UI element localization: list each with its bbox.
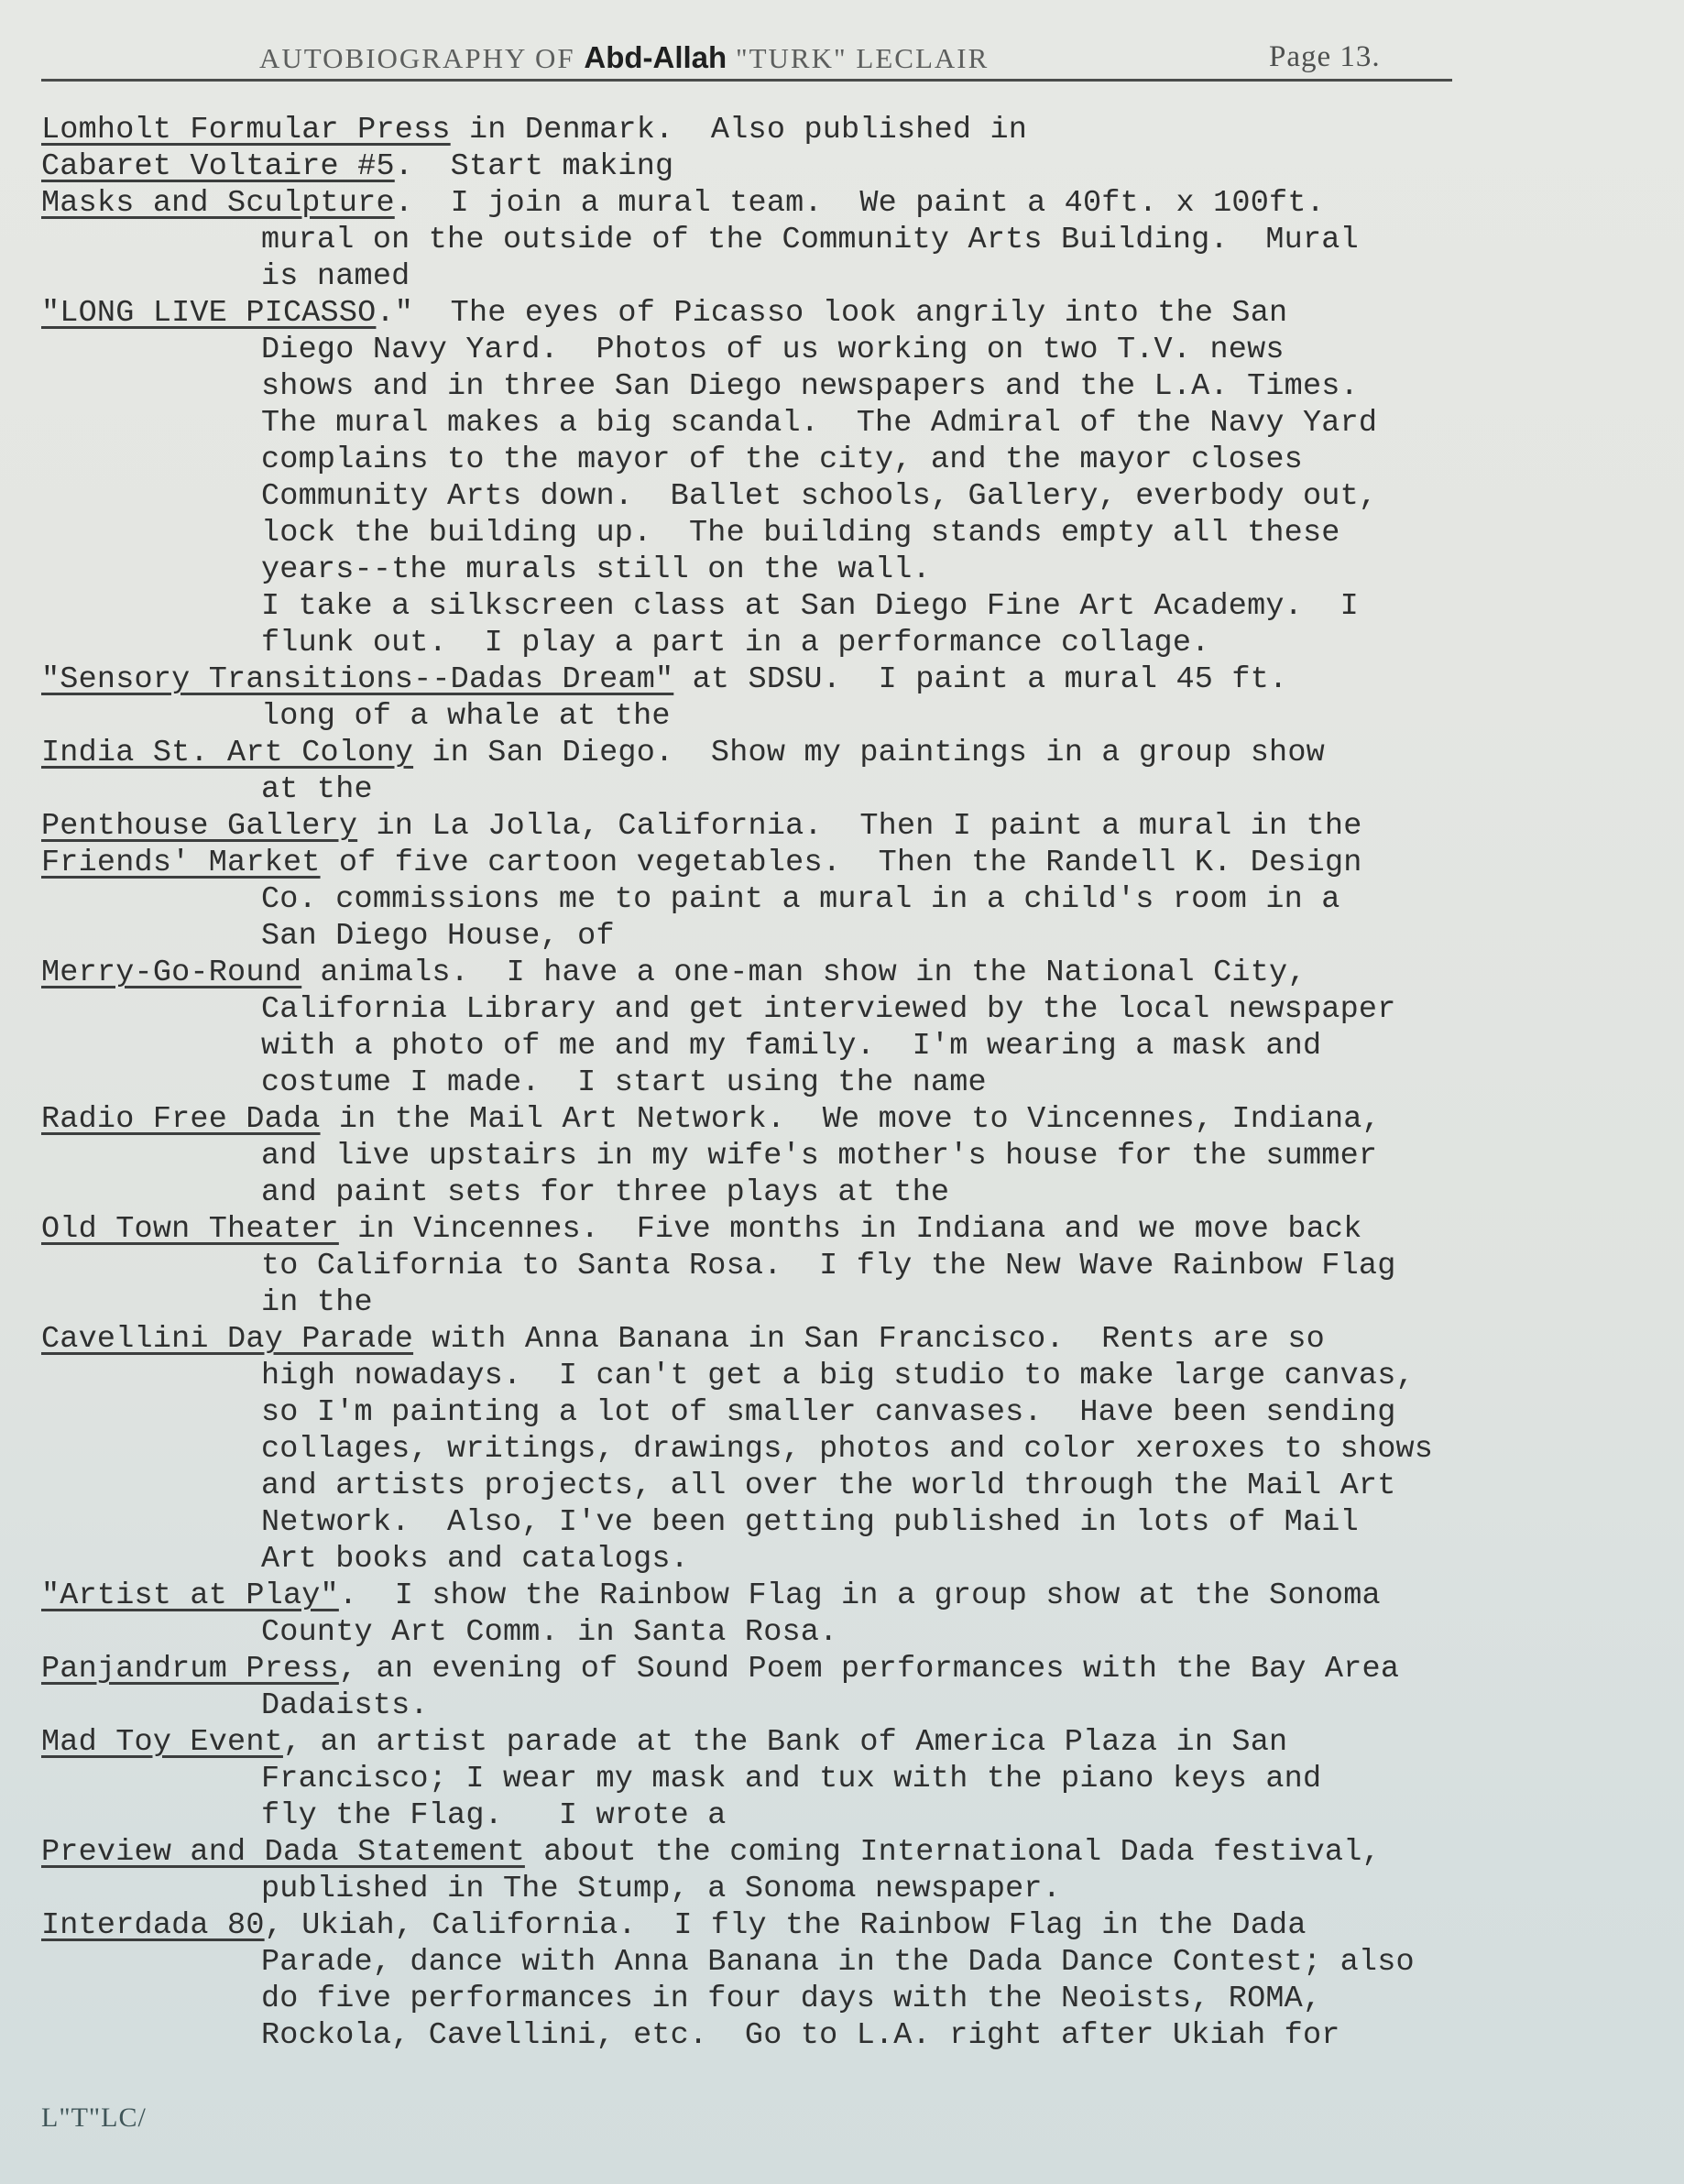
entry: "Sensory Transitions--Dadas Dream" at SD… bbox=[41, 661, 1672, 735]
underlined-title: "LONG LIVE PICASSO bbox=[41, 296, 376, 331]
underlined-title: Masks and Sculpture bbox=[41, 186, 395, 221]
underlined-title: Mad Toy Event bbox=[41, 1725, 283, 1760]
entry-lead-line: Merry-Go-Round animals. I have a one-man… bbox=[41, 955, 1672, 991]
entry-continuation-line: to California to Santa Rosa. I fly the N… bbox=[41, 1248, 1672, 1284]
entry: Radio Free Dada in the Mail Art Network.… bbox=[41, 1101, 1672, 1211]
entry: Friends' Market of five cartoon vegetabl… bbox=[41, 845, 1672, 955]
entry-lead-line: "Sensory Transitions--Dadas Dream" at SD… bbox=[41, 661, 1672, 698]
title-prefix: AUTOBIOGRAPHY OF bbox=[259, 42, 584, 74]
entry-continuation-line: mural on the outside of the Community Ar… bbox=[41, 222, 1672, 258]
line-text: , an evening of Sound Poem performances … bbox=[339, 1652, 1399, 1687]
underlined-title: Radio Free Dada bbox=[41, 1102, 321, 1137]
entry-lead-line: Penthouse Gallery in La Jolla, Californi… bbox=[41, 808, 1672, 845]
line-text: in Vincennes. Five months in Indiana and… bbox=[339, 1212, 1362, 1247]
underlined-title: Friends' Market bbox=[41, 846, 321, 880]
entry-lead-line: Cabaret Voltaire #5. Start making bbox=[41, 148, 1672, 185]
entry: India St. Art Colony in San Diego. Show … bbox=[41, 735, 1672, 808]
entry: Penthouse Gallery in La Jolla, Californi… bbox=[41, 808, 1672, 845]
entry: Old Town Theater in Vincennes. Five mont… bbox=[41, 1211, 1672, 1321]
entry: Masks and Sculpture. I join a mural team… bbox=[41, 185, 1672, 295]
entry-continuation-line: Diego Navy Yard. Photos of us working on… bbox=[41, 332, 1672, 368]
entry: Lomholt Formular Press in Denmark. Also … bbox=[41, 112, 1672, 148]
entry-continuation-line: years--the murals still on the wall. bbox=[41, 551, 1672, 588]
entry-lead-line: "LONG LIVE PICASSO." The eyes of Picasso… bbox=[41, 295, 1672, 332]
line-text: in the Mail Art Network. We move to Vinc… bbox=[321, 1102, 1381, 1137]
underlined-title: Preview and Dada Statement bbox=[41, 1835, 525, 1870]
entry-continuation-line: Art books and catalogs. bbox=[41, 1541, 1672, 1578]
line-text: Community Arts down. Ballet schools, Gal… bbox=[261, 479, 1377, 514]
underlined-title: Cabaret Voltaire #5 bbox=[41, 149, 395, 184]
line-text: collages, writings, drawings, photos and… bbox=[261, 1432, 1433, 1467]
line-text: flunk out. I play a part in a performanc… bbox=[261, 626, 1209, 661]
line-text: I take a silkscreen class at San Diego F… bbox=[261, 589, 1359, 624]
entry-lead-line: Radio Free Dada in the Mail Art Network.… bbox=[41, 1101, 1672, 1138]
entry-continuation-line: is named bbox=[41, 258, 1672, 295]
line-text: Diego Navy Yard. Photos of us working on… bbox=[261, 333, 1285, 367]
entry-continuation-line: County Art Comm. in Santa Rosa. bbox=[41, 1614, 1672, 1651]
line-text: Parade, dance with Anna Banana in the Da… bbox=[261, 1945, 1415, 1980]
entry-lead-line: Lomholt Formular Press in Denmark. Also … bbox=[41, 112, 1672, 148]
line-text: The mural makes a big scandal. The Admir… bbox=[261, 406, 1377, 441]
entry: "Artist at Play". I show the Rainbow Fla… bbox=[41, 1578, 1672, 1651]
line-text: do five performances in four days with t… bbox=[261, 1982, 1321, 2016]
line-text: at SDSU. I paint a mural 45 ft. bbox=[673, 662, 1287, 697]
underlined-title: Merry-Go-Round bbox=[41, 955, 301, 990]
entry-lead-line: Panjandrum Press, an evening of Sound Po… bbox=[41, 1651, 1672, 1687]
line-text: , Ukiah, California. I fly the Rainbow F… bbox=[265, 1908, 1307, 1943]
line-text: Rockola, Cavellini, etc. Go to L.A. righ… bbox=[261, 2018, 1340, 2053]
entry-continuation-line: San Diego House, of bbox=[41, 918, 1672, 955]
entry-lead-line: Masks and Sculpture. I join a mural team… bbox=[41, 185, 1672, 222]
line-text: shows and in three San Diego newspapers … bbox=[261, 369, 1359, 404]
entry-continuation-line: costume I made. I start using the name bbox=[41, 1065, 1672, 1101]
entry: Cabaret Voltaire #5. Start making bbox=[41, 148, 1672, 185]
line-text: Co. commissions me to paint a mural in a… bbox=[261, 882, 1340, 917]
line-text: in San Diego. Show my paintings in a gro… bbox=[413, 736, 1325, 770]
entry: Mad Toy Event, an artist parade at the B… bbox=[41, 1724, 1672, 1834]
line-text: of five cartoon vegetables. Then the Ran… bbox=[321, 846, 1362, 880]
line-text: . I join a mural team. We paint a 40ft. … bbox=[395, 186, 1325, 221]
line-text: . I show the Rainbow Flag in a group sho… bbox=[339, 1578, 1381, 1613]
line-text: mural on the outside of the Community Ar… bbox=[261, 223, 1359, 257]
entry-continuation-line: Parade, dance with Anna Banana in the Da… bbox=[41, 1944, 1672, 1981]
line-text: Network. Also, I've been getting publish… bbox=[261, 1505, 1359, 1540]
underlined-title: Lomholt Formular Press bbox=[41, 113, 451, 147]
line-text: San Diego House, of bbox=[261, 919, 615, 954]
entry-continuation-line: Co. commissions me to paint a mural in a… bbox=[41, 881, 1672, 918]
entry-continuation-line: Dadaists. bbox=[41, 1687, 1672, 1724]
line-text: published in The Stump, a Sonoma newspap… bbox=[261, 1872, 1061, 1906]
line-text: high nowadays. I can't get a big studio … bbox=[261, 1359, 1415, 1393]
handwritten-name: Abd-Allah bbox=[584, 40, 727, 74]
entry-continuation-line: high nowadays. I can't get a big studio … bbox=[41, 1358, 1672, 1394]
entry: Preview and Dada Statement about the com… bbox=[41, 1834, 1672, 1907]
line-text: with Anna Banana in San Francisco. Rents… bbox=[413, 1322, 1325, 1357]
page-number: Page 13. bbox=[1269, 40, 1381, 74]
entry-continuation-line: and artists projects, all over the world… bbox=[41, 1468, 1672, 1504]
document-page: AUTOBIOGRAPHY OF Abd-Allah "TURK" LECLAI… bbox=[0, 0, 1684, 2184]
line-text: , an artist parade at the Bank of Americ… bbox=[283, 1725, 1287, 1760]
entry-continuation-line: at the bbox=[41, 771, 1672, 808]
line-text: and live upstairs in my wife's mother's … bbox=[261, 1139, 1377, 1174]
entry-continuation-line: long of a whale at the bbox=[41, 698, 1672, 735]
entry-lead-line: India St. Art Colony in San Diego. Show … bbox=[41, 735, 1672, 771]
autobiography-body: Lomholt Formular Press in Denmark. Also … bbox=[41, 112, 1672, 2054]
entry-continuation-line: California Library and get interviewed b… bbox=[41, 991, 1672, 1028]
line-text: Art books and catalogs. bbox=[261, 1542, 689, 1577]
entry-lead-line: Cavellini Day Parade with Anna Banana in… bbox=[41, 1321, 1672, 1358]
line-text: Dadaists. bbox=[261, 1688, 429, 1723]
entry-continuation-line: Community Arts down. Ballet schools, Gal… bbox=[41, 478, 1672, 515]
entry-continuation-line: with a photo of me and my family. I'm we… bbox=[41, 1028, 1672, 1065]
line-text: County Art Comm. in Santa Rosa. bbox=[261, 1615, 837, 1650]
line-text: with a photo of me and my family. I'm we… bbox=[261, 1029, 1321, 1064]
entry: "LONG LIVE PICASSO." The eyes of Picasso… bbox=[41, 295, 1672, 661]
line-text: in the bbox=[261, 1285, 373, 1320]
footer-initials: L"T"LC/ bbox=[41, 2102, 147, 2134]
entry-continuation-line: shows and in three San Diego newspapers … bbox=[41, 368, 1672, 405]
entry-continuation-line: do five performances in four days with t… bbox=[41, 1981, 1672, 2017]
entry-continuation-line: flunk out. I play a part in a performanc… bbox=[41, 625, 1672, 661]
entry: Interdada 80, Ukiah, California. I fly t… bbox=[41, 1907, 1672, 2054]
title-suffix: "TURK" LECLAIR bbox=[727, 42, 989, 74]
line-text: so I'm painting a lot of smaller canvase… bbox=[261, 1395, 1396, 1430]
entry-continuation-line: Francisco; I wear my mask and tux with t… bbox=[41, 1761, 1672, 1797]
document-title: AUTOBIOGRAPHY OF Abd-Allah "TURK" LECLAI… bbox=[259, 40, 989, 75]
line-text: and artists projects, all over the world… bbox=[261, 1469, 1396, 1503]
entry-continuation-line: Rockola, Cavellini, etc. Go to L.A. righ… bbox=[41, 2017, 1672, 2054]
line-text: years--the murals still on the wall. bbox=[261, 552, 931, 587]
entry-lead-line: Mad Toy Event, an artist parade at the B… bbox=[41, 1724, 1672, 1761]
entry-continuation-line: so I'm painting a lot of smaller canvase… bbox=[41, 1394, 1672, 1431]
underlined-title: Old Town Theater bbox=[41, 1212, 339, 1247]
entry-continuation-line: The mural makes a big scandal. The Admir… bbox=[41, 405, 1672, 442]
underlined-title: Penthouse Gallery bbox=[41, 809, 357, 844]
entry-continuation-line: and live upstairs in my wife's mother's … bbox=[41, 1138, 1672, 1174]
line-text: in Denmark. Also published in bbox=[451, 113, 1027, 147]
entry-continuation-line: fly the Flag. I wrote a bbox=[41, 1797, 1672, 1834]
line-text: Francisco; I wear my mask and tux with t… bbox=[261, 1762, 1321, 1796]
underlined-title: India St. Art Colony bbox=[41, 736, 413, 770]
entry-continuation-line: in the bbox=[41, 1284, 1672, 1321]
line-text: California Library and get interviewed b… bbox=[261, 992, 1396, 1027]
line-text: and paint sets for three plays at the bbox=[261, 1175, 949, 1210]
entry: Cavellini Day Parade with Anna Banana in… bbox=[41, 1321, 1672, 1578]
page-header: AUTOBIOGRAPHY OF Abd-Allah "TURK" LECLAI… bbox=[41, 37, 1452, 82]
entry: Panjandrum Press, an evening of Sound Po… bbox=[41, 1651, 1672, 1724]
line-text: long of a whale at the bbox=[261, 699, 671, 734]
entry-continuation-line: collages, writings, drawings, photos and… bbox=[41, 1431, 1672, 1468]
entry-lead-line: Friends' Market of five cartoon vegetabl… bbox=[41, 845, 1672, 881]
entry: Merry-Go-Round animals. I have a one-man… bbox=[41, 955, 1672, 1101]
underlined-title: Cavellini Day Parade bbox=[41, 1322, 413, 1357]
entry-continuation-line: complains to the mayor of the city, and … bbox=[41, 442, 1672, 478]
line-text: at the bbox=[261, 772, 373, 807]
underlined-title: Interdada 80 bbox=[41, 1908, 265, 1943]
underlined-title: "Artist at Play" bbox=[41, 1578, 339, 1613]
entry-lead-line: Interdada 80, Ukiah, California. I fly t… bbox=[41, 1907, 1672, 1944]
entry-lead-line: Preview and Dada Statement about the com… bbox=[41, 1834, 1672, 1871]
line-text: ." The eyes of Picasso look angrily into… bbox=[376, 296, 1287, 331]
line-text: in La Jolla, California. Then I paint a … bbox=[357, 809, 1361, 844]
entry-continuation-line: lock the building up. The building stand… bbox=[41, 515, 1672, 551]
line-text: fly the Flag. I wrote a bbox=[261, 1798, 727, 1833]
line-text: lock the building up. The building stand… bbox=[261, 516, 1340, 551]
entry-continuation-line: and paint sets for three plays at the bbox=[41, 1174, 1672, 1211]
line-text: to California to Santa Rosa. I fly the N… bbox=[261, 1249, 1396, 1283]
underlined-title: Panjandrum Press bbox=[41, 1652, 339, 1687]
line-text: costume I made. I start using the name bbox=[261, 1065, 987, 1100]
entry-continuation-line: I take a silkscreen class at San Diego F… bbox=[41, 588, 1672, 625]
underlined-title: "Sensory Transitions--Dadas Dream" bbox=[41, 662, 673, 697]
line-text: animals. I have a one-man show in the Na… bbox=[301, 955, 1306, 990]
line-text: is named bbox=[261, 259, 410, 294]
entry-continuation-line: Network. Also, I've been getting publish… bbox=[41, 1504, 1672, 1541]
line-text: about the coming International Dada fest… bbox=[525, 1835, 1381, 1870]
entry-lead-line: Old Town Theater in Vincennes. Five mont… bbox=[41, 1211, 1672, 1248]
line-text: complains to the mayor of the city, and … bbox=[261, 442, 1303, 477]
entry-continuation-line: published in The Stump, a Sonoma newspap… bbox=[41, 1871, 1672, 1907]
line-text: . Start making bbox=[395, 149, 674, 184]
entry-lead-line: "Artist at Play". I show the Rainbow Fla… bbox=[41, 1578, 1672, 1614]
